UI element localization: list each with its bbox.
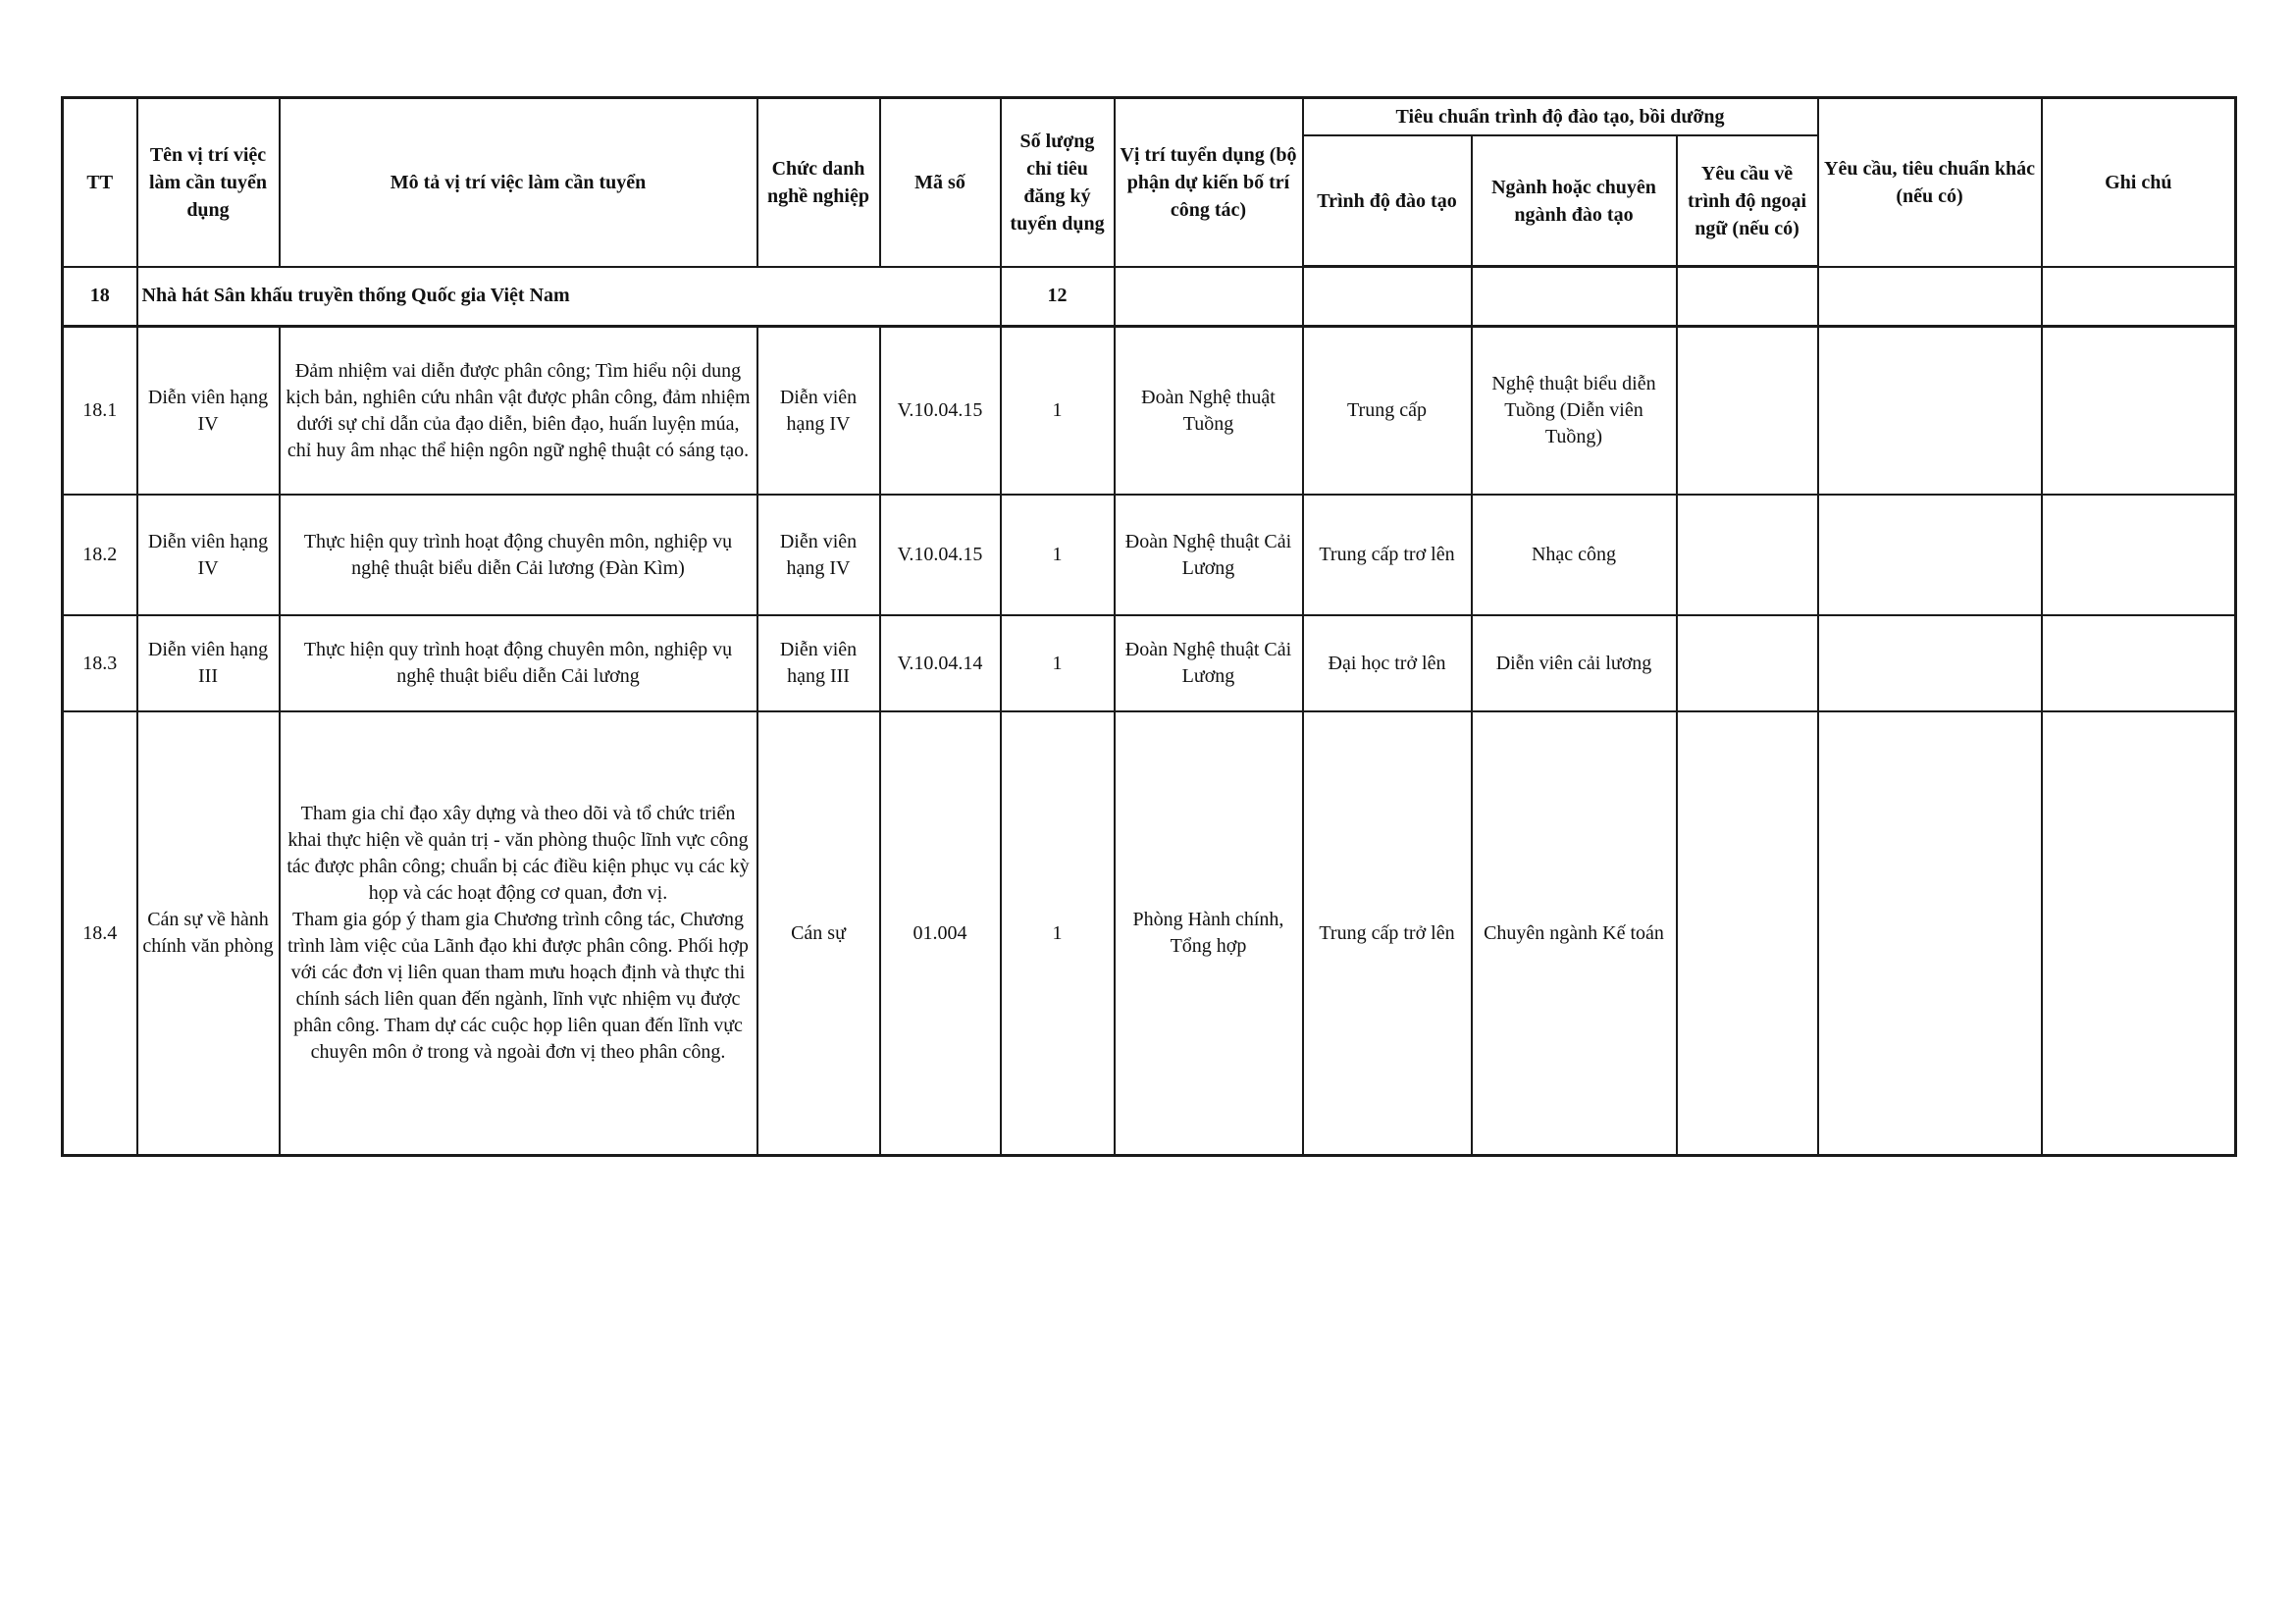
cell-professional-title: Diễn viên hạng IV [757,495,880,615]
cell-tt: 18.2 [63,495,137,615]
cell-position-name: Diễn viên hạng IV [137,327,280,496]
cell-other-requirements [1818,711,2042,1156]
header-description: Mô tả vị trí việc làm cần tuyển [280,98,757,267]
table-row: 18.3 Diễn viên hạng III Thực hiện quy tr… [63,615,2236,711]
cell-other-requirements [1818,615,2042,711]
header-major: Ngành hoặc chuyên ngành đào tạo [1472,135,1677,267]
table-row: 18.4 Cán sự về hành chính văn phòng Tham… [63,711,2236,1156]
cell-other-requirements [1818,495,2042,615]
cell-professional-title: Diễn viên hạng III [757,615,880,711]
cell-major: Nghệ thuật biểu diễn Tuồng (Diễn viên Tu… [1472,327,1677,496]
cell-quota: 1 [1001,711,1115,1156]
cell-language [1677,327,1818,496]
cell-major: Nhạc công [1472,495,1677,615]
cell-professional-title: Diễn viên hạng IV [757,327,880,496]
cell-code: V.10.04.14 [880,615,1001,711]
table-row: 18.1 Diễn viên hạng IV Đảm nhiệm vai diễ… [63,327,2236,496]
cell-description: Đảm nhiệm vai diễn được phân công; Tìm h… [280,327,757,496]
header-tt: TT [63,98,137,267]
header-training-group: Tiêu chuẩn trình độ đào tạo, bồi dưỡng [1303,98,1818,136]
organization-row: 18 Nhà hát Sân khấu truyền thống Quốc gi… [63,267,2236,327]
org-notes [2042,267,2236,327]
header-notes: Ghi chú [2042,98,2236,267]
header-other-requirements: Yêu cầu, tiêu chuẩn khác (nếu có) [1818,98,2042,267]
cell-training-level: Trung cấp trở lên [1303,711,1472,1156]
org-quota: 12 [1001,267,1115,327]
org-name: Nhà hát Sân khấu truyền thống Quốc gia V… [137,267,1001,327]
cell-tt: 18.4 [63,711,137,1156]
recruitment-table: TT Tên vị trí việc làm cần tuyển dụng Mô… [61,96,2237,1157]
cell-major: Diễn viên cải lương [1472,615,1677,711]
cell-code: 01.004 [880,711,1001,1156]
header-training-level: Trình độ đào tạo [1303,135,1472,267]
cell-training-level: Trung cấp [1303,327,1472,496]
org-language [1677,267,1818,327]
cell-quota: 1 [1001,615,1115,711]
cell-placement: Phòng Hành chính, Tổng hợp [1115,711,1303,1156]
cell-notes [2042,711,2236,1156]
cell-major: Chuyên ngành Kế toán [1472,711,1677,1156]
description-paragraph: Thực hiện quy trình hoạt động chuyên môn… [285,637,753,690]
table-header-row: TT Tên vị trí việc làm cần tuyển dụng Mô… [63,98,2236,136]
cell-training-level: Trung cấp trơ lên [1303,495,1472,615]
cell-position-name: Diễn viên hạng IV [137,495,280,615]
org-placement [1115,267,1303,327]
document-page: TT Tên vị trí việc làm cần tuyển dụng Mô… [0,0,2295,1624]
cell-code: V.10.04.15 [880,495,1001,615]
cell-quota: 1 [1001,495,1115,615]
cell-training-level: Đại học trở lên [1303,615,1472,711]
cell-position-name: Diễn viên hạng III [137,615,280,711]
table-row: 18.2 Diễn viên hạng IV Thực hiện quy trì… [63,495,2236,615]
cell-other-requirements [1818,327,2042,496]
header-quota: Số lượng chỉ tiêu đăng ký tuyển dụng [1001,98,1115,267]
header-position-name: Tên vị trí việc làm cần tuyển dụng [137,98,280,267]
description-paragraph: Thực hiện quy trình hoạt động chuyên môn… [285,529,753,582]
header-language: Yêu cầu về trình độ ngoại ngữ (nếu có) [1677,135,1818,267]
cell-professional-title: Cán sự [757,711,880,1156]
cell-placement: Đoàn Nghệ thuật Tuồng [1115,327,1303,496]
header-professional-title: Chức danh nghề nghiệp [757,98,880,267]
cell-description: Tham gia chỉ đạo xây dựng và theo dõi và… [280,711,757,1156]
cell-code: V.10.04.15 [880,327,1001,496]
cell-notes [2042,327,2236,496]
cell-notes [2042,495,2236,615]
org-tt: 18 [63,267,137,327]
org-other-requirements [1818,267,2042,327]
cell-position-name: Cán sự về hành chính văn phòng [137,711,280,1156]
org-major [1472,267,1677,327]
cell-description: Thực hiện quy trình hoạt động chuyên môn… [280,495,757,615]
cell-placement: Đoàn Nghệ thuật Cải Lương [1115,615,1303,711]
cell-description: Thực hiện quy trình hoạt động chuyên môn… [280,615,757,711]
description-paragraph: Đảm nhiệm vai diễn được phân công; Tìm h… [285,358,753,464]
cell-quota: 1 [1001,327,1115,496]
description-paragraph: Tham gia chỉ đạo xây dựng và theo dõi và… [285,801,753,907]
description-paragraph: Tham gia góp ý tham gia Chương trình côn… [285,907,753,1066]
header-code: Mã số [880,98,1001,267]
header-placement: Vị trí tuyển dụng (bộ phận dự kiến bố tr… [1115,98,1303,267]
cell-language [1677,495,1818,615]
cell-language [1677,615,1818,711]
cell-notes [2042,615,2236,711]
org-training-level [1303,267,1472,327]
cell-placement: Đoàn Nghệ thuật Cải Lương [1115,495,1303,615]
cell-tt: 18.3 [63,615,137,711]
cell-tt: 18.1 [63,327,137,496]
cell-language [1677,711,1818,1156]
